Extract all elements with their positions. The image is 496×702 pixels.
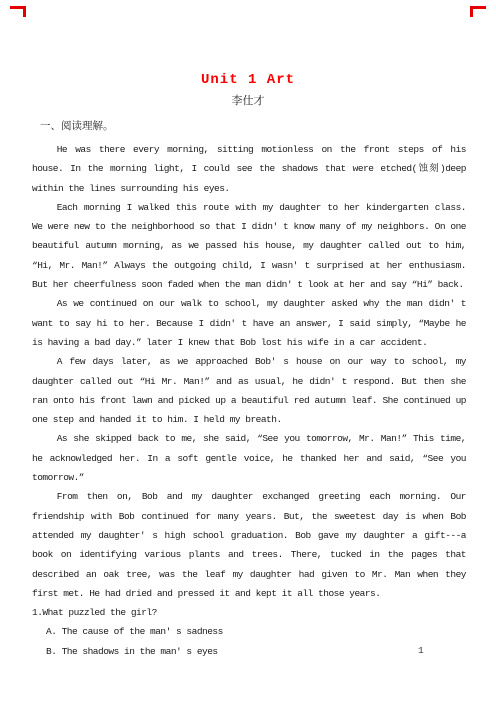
question-block: 1.What puzzled the girl? A. The cause of… bbox=[32, 603, 466, 661]
answer-option: B. The shadows in the man' s eyes bbox=[32, 642, 466, 661]
passage-paragraph: Each morning I walked this route with my… bbox=[32, 198, 466, 294]
answer-option: A. The cause of the man' s sadness bbox=[32, 622, 466, 641]
page-number: 1 bbox=[418, 645, 424, 656]
passage-paragraph: As we continued on our walk to school, m… bbox=[32, 294, 466, 352]
passage-paragraph: As she skipped back to me, she said, “Se… bbox=[32, 429, 466, 487]
corner-mark-left-icon bbox=[10, 6, 26, 17]
page-title: Unit 1 Art bbox=[0, 72, 496, 88]
section-heading: 一、阅读理解。 bbox=[40, 118, 496, 133]
corner-mark-right-icon bbox=[470, 6, 486, 17]
question-stem: 1.What puzzled the girl? bbox=[32, 603, 466, 622]
passage-paragraph: A few days later, as we approached Bob' … bbox=[32, 352, 466, 429]
passage-paragraph: From then on, Bob and my daughter exchan… bbox=[32, 487, 466, 603]
reading-passage: He was there every morning, sitting moti… bbox=[32, 140, 466, 603]
answer-options: A. The cause of the man' s sadnessB. The… bbox=[32, 622, 466, 661]
passage-paragraph: He was there every morning, sitting moti… bbox=[32, 140, 466, 198]
author-name: 李仕才 bbox=[0, 92, 496, 108]
